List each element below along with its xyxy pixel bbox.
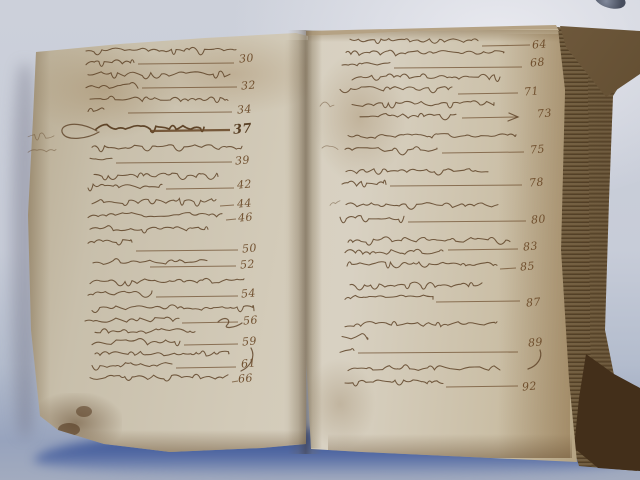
- gutter-fold: [288, 30, 322, 454]
- manuscript-book: 3032343739424446505254565961666468717375…: [0, 0, 640, 480]
- photo-of-open-manuscript: 3032343739424446505254565961666468717375…: [0, 0, 640, 480]
